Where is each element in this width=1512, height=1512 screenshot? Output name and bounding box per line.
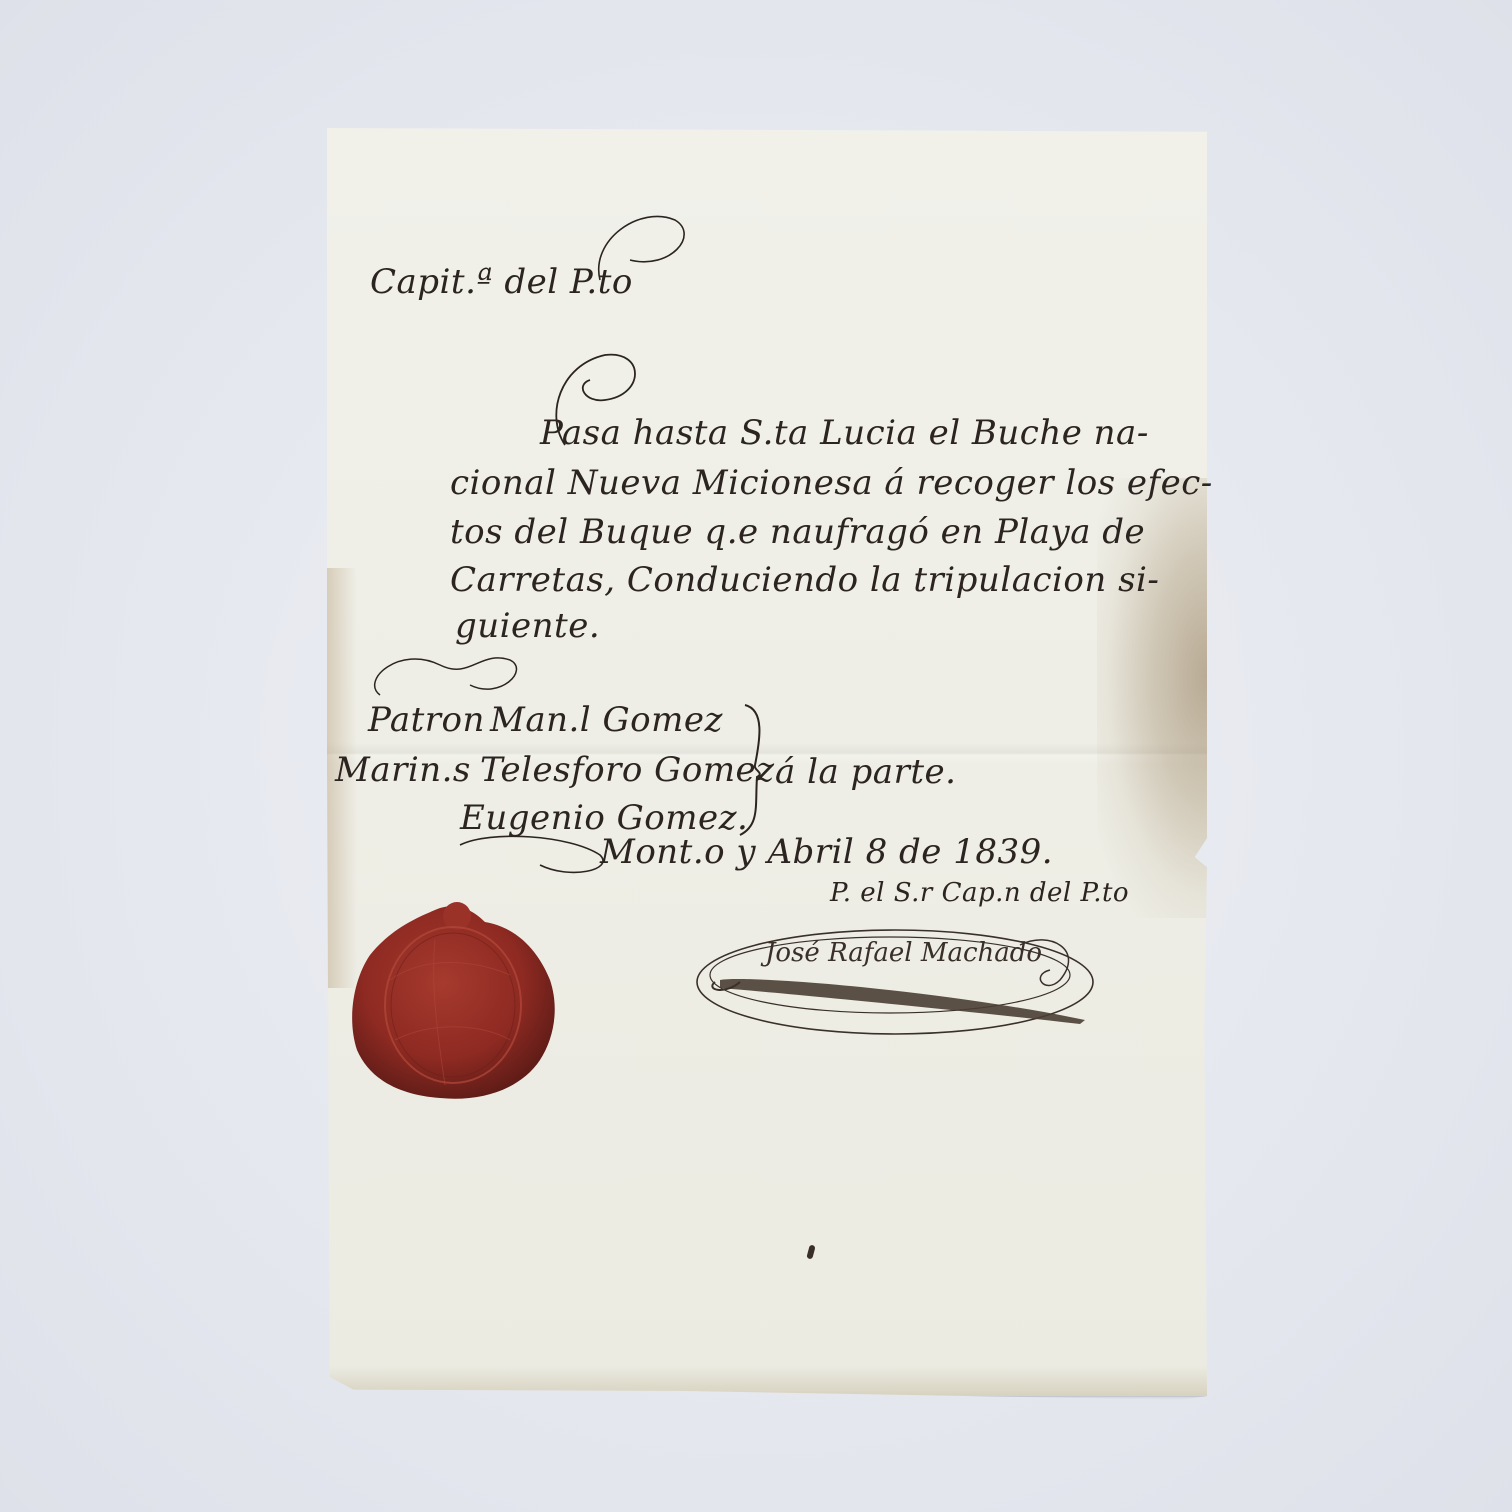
signature-block: José Rafael Machado (690, 920, 1110, 1050)
document-header: Capit.ª del P.to (370, 262, 633, 302)
crew-note: á la parte. (775, 752, 956, 792)
crew-name-2: Telesforo Gomez (480, 750, 775, 790)
edge-discoloration (327, 1366, 1207, 1396)
date-line: Mont.o y Abril 8 de 1839. (600, 832, 1053, 872)
signature-name: José Rafael Machado (765, 938, 1042, 968)
wax-seal: red wax seal (345, 900, 565, 1105)
body-line-3: tos del Buque q.e naufragó en Playa de (450, 512, 1145, 552)
body-line-5: guiente. (455, 606, 600, 646)
crew-role-1: Patron (368, 700, 485, 740)
crew-role-2: Marin.s (335, 750, 471, 790)
body-line-1: Pasa hasta S.ta Lucia el Buche na- (540, 413, 1149, 453)
wax-seal-icon (345, 900, 565, 1105)
body-line-2: cional Nueva Micionesa á recoger los efe… (450, 463, 1213, 503)
authority-line: P. el S.r Cap.n del P.to (830, 878, 1129, 908)
crew-name-1: Man.l Gomez (490, 700, 723, 740)
body-line-4: Carretas, Conduciendo la tripulacion si- (450, 560, 1159, 600)
